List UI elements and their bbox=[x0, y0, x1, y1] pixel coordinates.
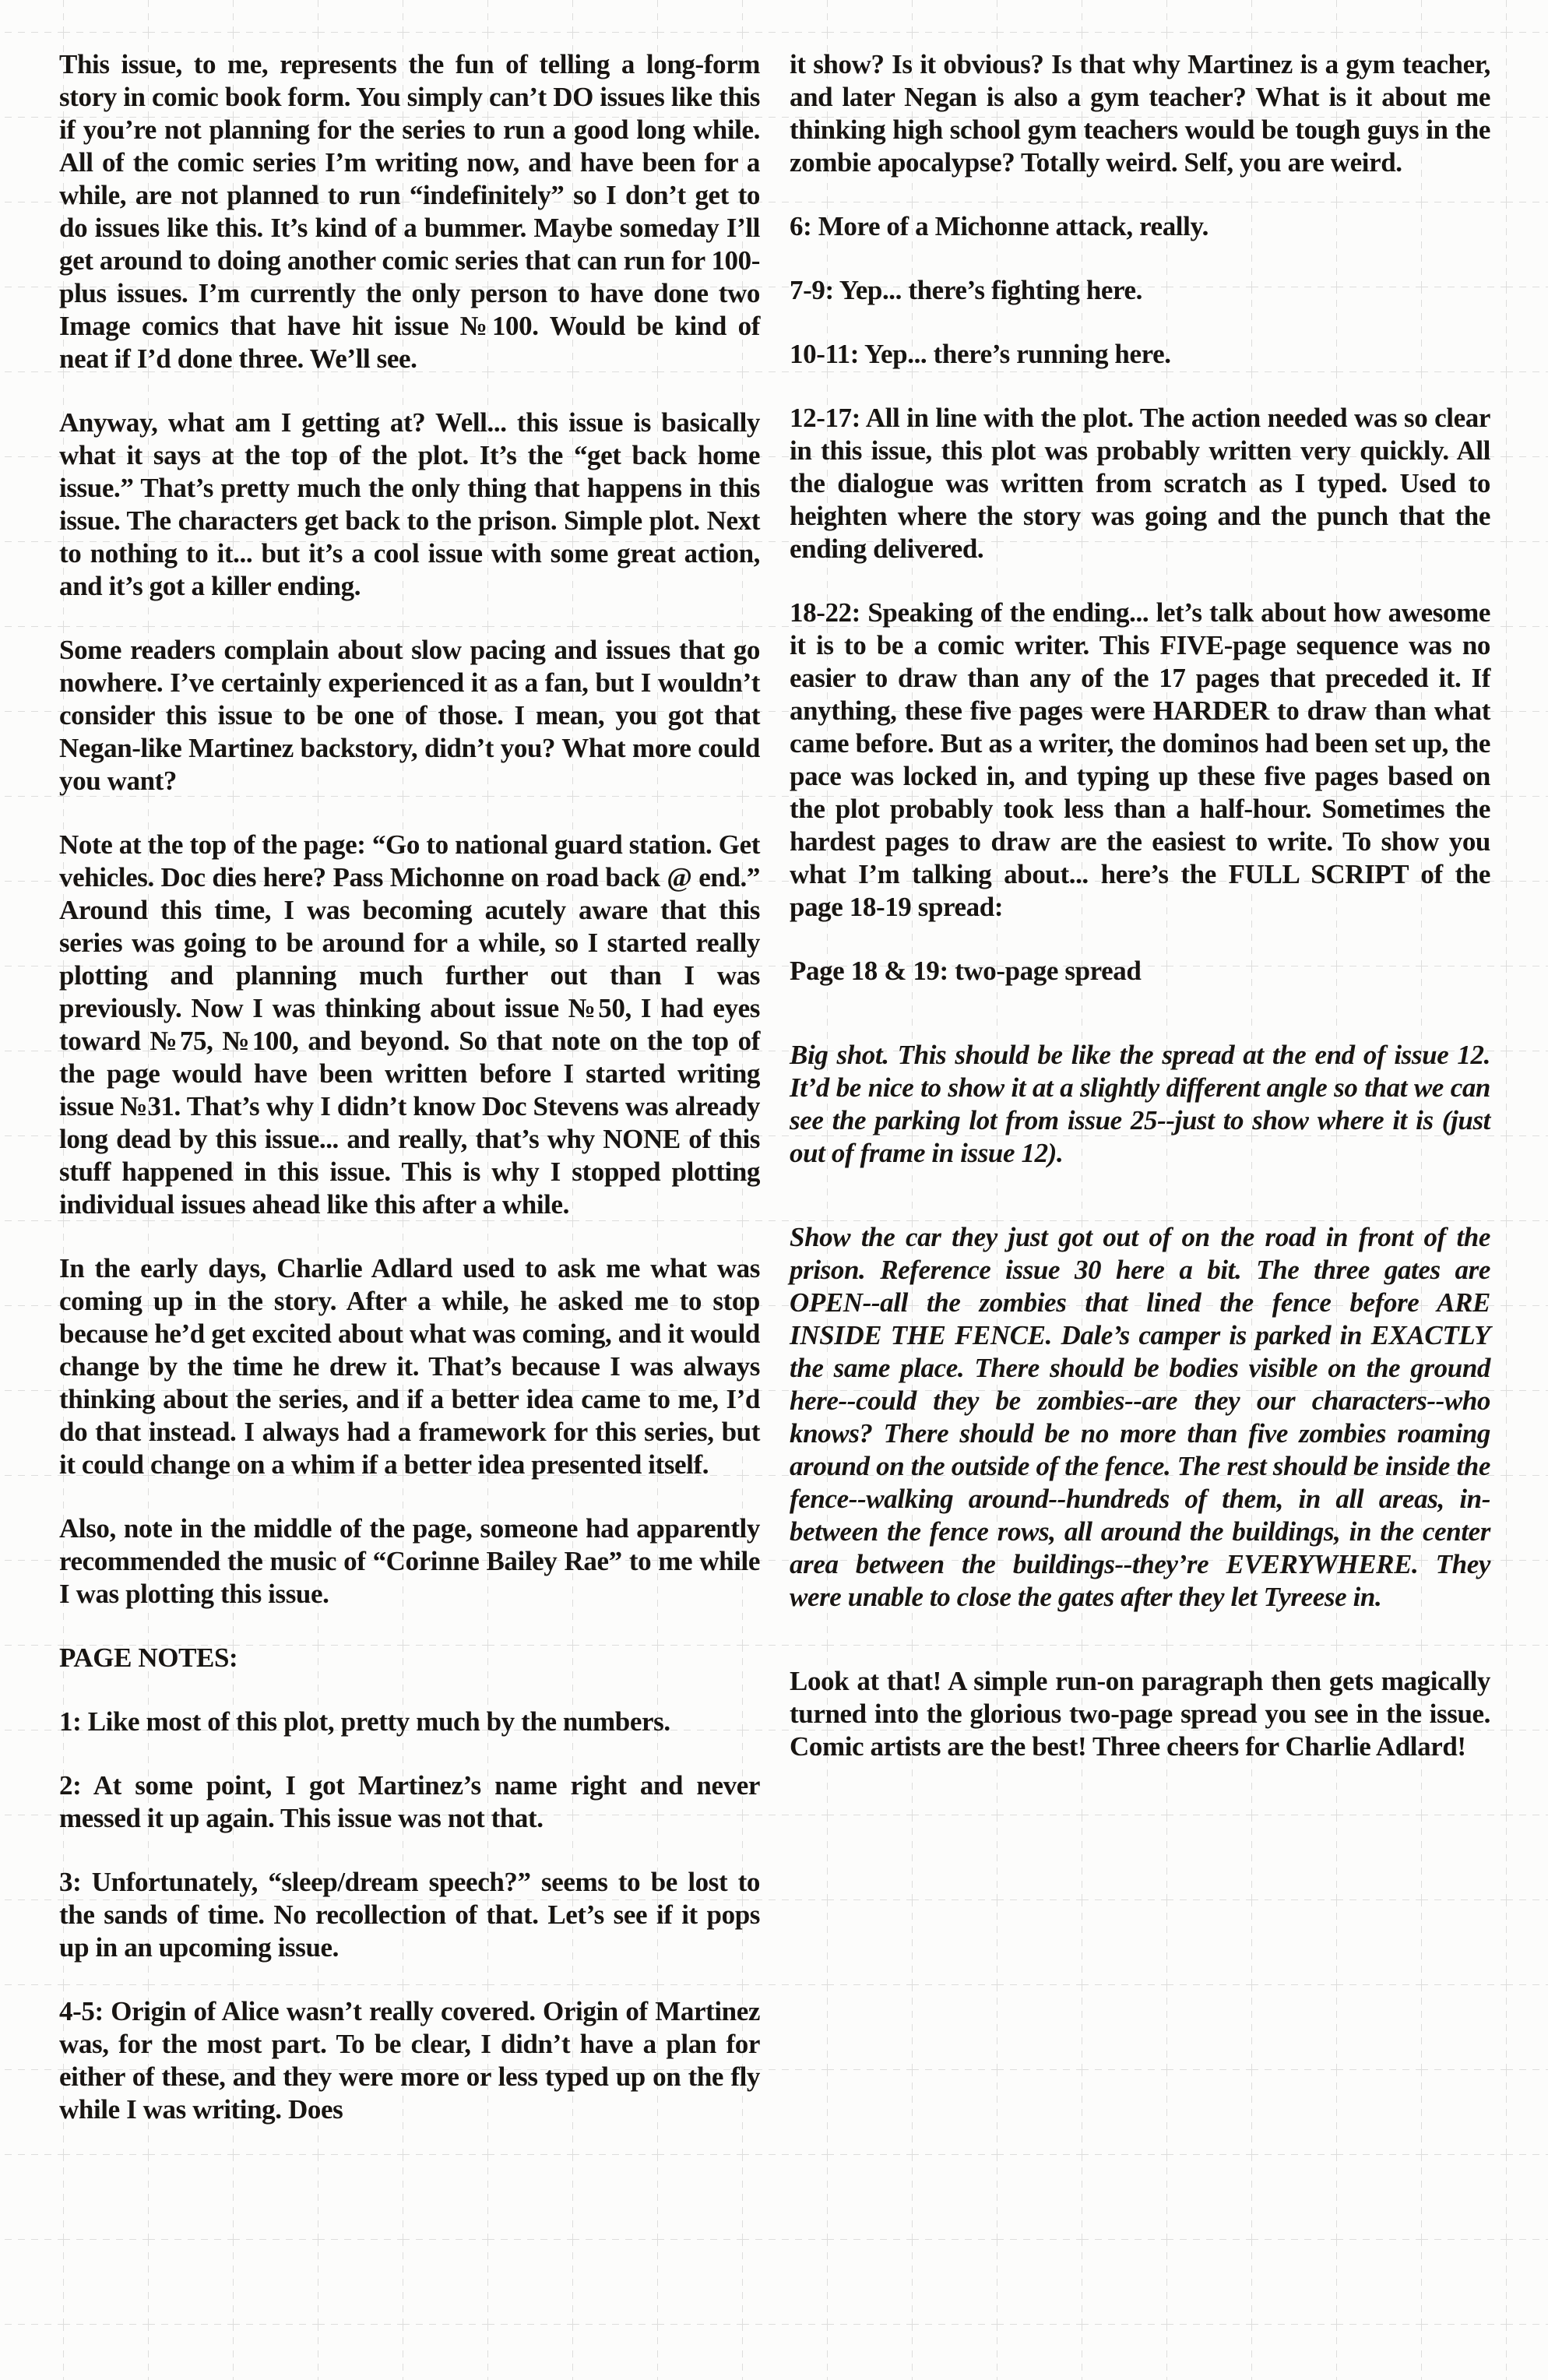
paragraph-look-at-that: Look at that! A simple run-on paragraph … bbox=[790, 1665, 1490, 1763]
paragraph-anyway-get-back: Anyway, what am I getting at? Well... th… bbox=[59, 407, 760, 603]
right-column: it show? Is it obvious? Is that why Mart… bbox=[790, 48, 1490, 1794]
paragraph-charlie-adlard-ask: In the early days, Charlie Adlard used t… bbox=[59, 1252, 760, 1481]
paragraph-gym-teacher: it show? Is it obvious? Is that why Mart… bbox=[790, 48, 1490, 179]
spread-label: Page 18 & 19: two-page spread bbox=[790, 955, 1490, 988]
page-note-1: 1: Like most of this plot, pretty much b… bbox=[59, 1706, 760, 1738]
paragraph-intro-longform: This issue, to me, represents the fun of… bbox=[59, 48, 760, 375]
page-note-6: 6: More of a Michonne attack, really. bbox=[790, 210, 1490, 243]
script-excerpt-show-the-car: Show the car they just got out of on the… bbox=[790, 1221, 1490, 1614]
page-note-3: 3: Unfortunately, “sleep/dream speech?” … bbox=[59, 1866, 760, 1964]
script-excerpt-big-shot: Big shot. This should be like the spread… bbox=[790, 1039, 1490, 1170]
page-note-2: 2: At some point, I got Martinez’s name … bbox=[59, 1769, 760, 1835]
commentary-page: This issue, to me, represents the fun of… bbox=[0, 0, 1548, 2380]
paragraph-note-top-of-page: Note at the top of the page: “Go to nati… bbox=[59, 829, 760, 1221]
page-note-12-17: 12-17: All in line with the plot. The ac… bbox=[790, 402, 1490, 565]
paragraph-slow-pacing: Some readers complain about slow pacing … bbox=[59, 634, 760, 797]
paragraph-corinne-bailey-rae: Also, note in the middle of the page, so… bbox=[59, 1512, 760, 1611]
page-note-7-9: 7-9: Yep... there’s fighting here. bbox=[790, 274, 1490, 307]
page-note-10-11: 10-11: Yep... there’s running here. bbox=[790, 338, 1490, 371]
page-note-4-5: 4-5: Origin of Alice wasn’t really cover… bbox=[59, 1995, 760, 2126]
left-column: This issue, to me, represents the fun of… bbox=[59, 48, 760, 2157]
page-note-18-22: 18-22: Speaking of the ending... let’s t… bbox=[790, 597, 1490, 924]
page-notes-heading: PAGE NOTES: bbox=[59, 1642, 760, 1674]
